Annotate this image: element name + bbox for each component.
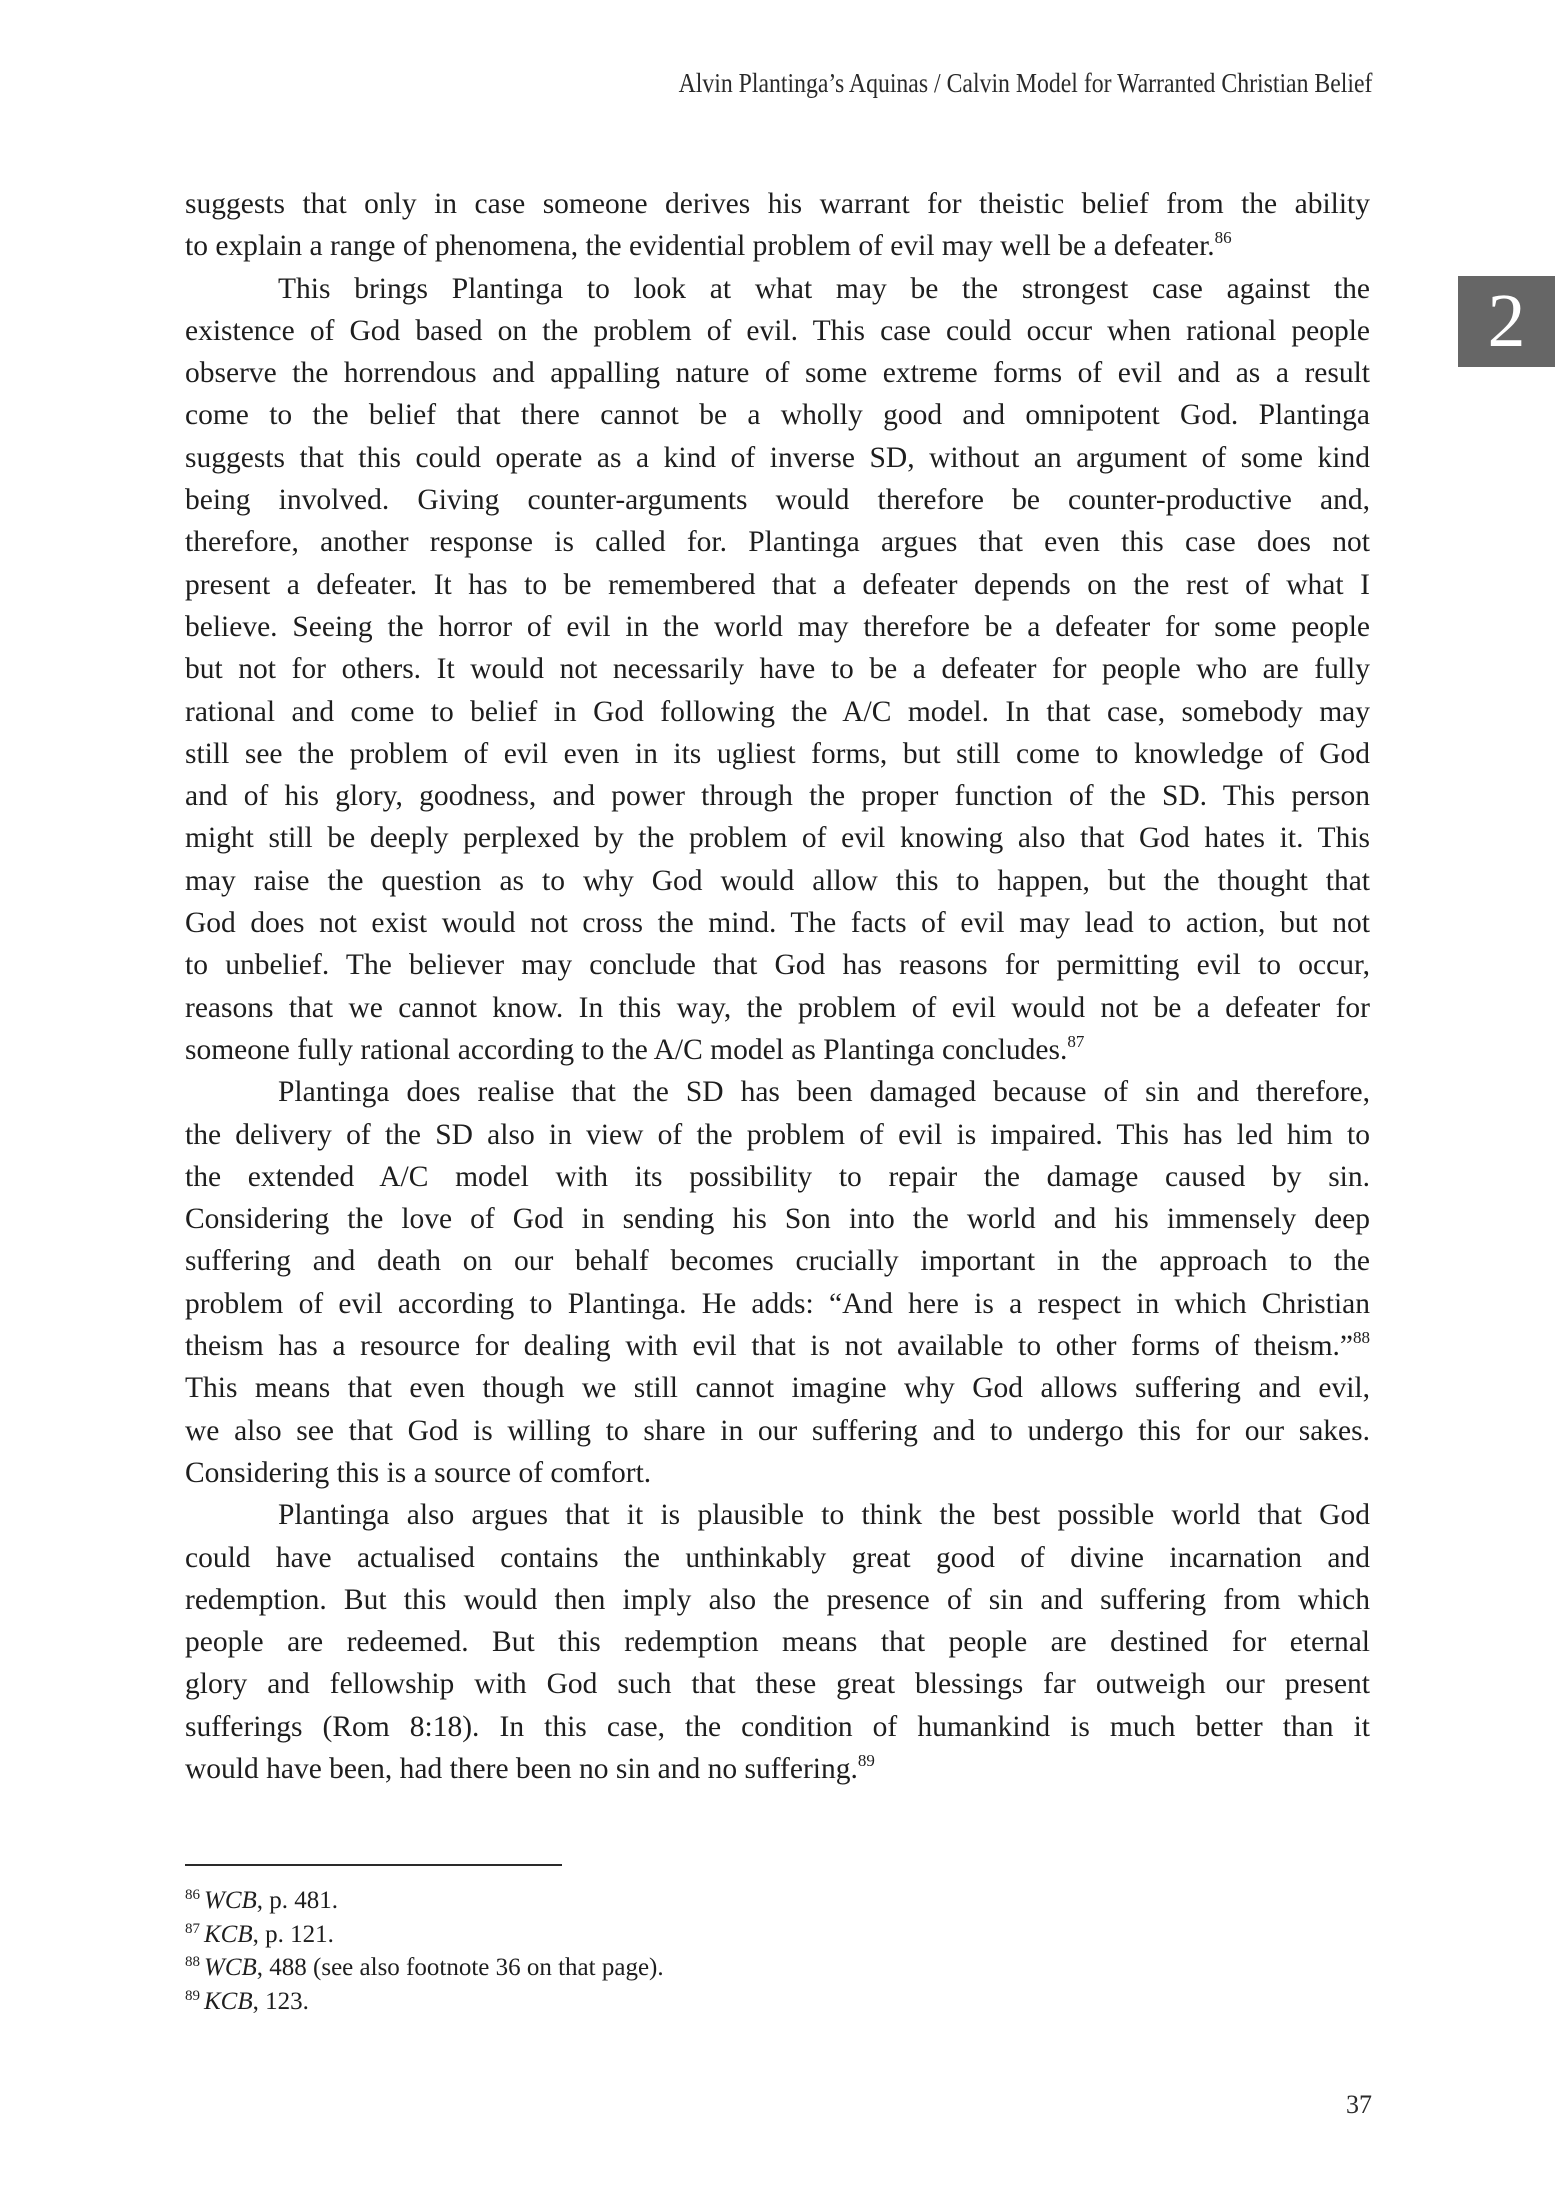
text-line: sufferings (Rom 8:18). In this case, the… — [185, 1706, 1370, 1748]
text-line: still see the problem of evil even in it… — [185, 733, 1370, 775]
chapter-number-tab: 2 — [1458, 276, 1555, 367]
text-line: and of his glory, goodness, and power th… — [185, 775, 1370, 817]
footnote-separator — [185, 1864, 562, 1866]
body-text: suggests that only in case someone deriv… — [185, 183, 1370, 1790]
text-line: to unbelief. The believer may conclude t… — [185, 944, 1370, 986]
page-number: 37 — [1346, 2090, 1372, 2120]
footnote-86: 86WCB, p. 481. — [185, 1884, 664, 1918]
footnote-ref[interactable]: 87 — [1067, 1032, 1084, 1051]
text-line: God does not exist would not cross the m… — [185, 902, 1370, 944]
text-line: This brings Plantinga to look at what ma… — [185, 268, 1370, 310]
text-line: Plantinga does realise that the SD has b… — [185, 1071, 1370, 1113]
footnote-ref[interactable]: 89 — [858, 1751, 875, 1770]
text-line: suffering and death on our behalf become… — [185, 1240, 1370, 1282]
text-line: believe. Seeing the horror of evil in th… — [185, 606, 1370, 648]
text-line: someone fully rational according to the … — [185, 1029, 1370, 1071]
text-line: Considering this is a source of comfort. — [185, 1452, 1370, 1494]
footnote-88: 88WCB, 488 (see also footnote 36 on that… — [185, 1951, 664, 1985]
text-line: people are redeemed. But this redemption… — [185, 1621, 1370, 1663]
text-line: could have actualised contains the unthi… — [185, 1537, 1370, 1579]
text-line: might still be deeply perplexed by the p… — [185, 817, 1370, 859]
footnote-87: 87KCB, p. 121. — [185, 1918, 664, 1952]
text-line: suggests that this could operate as a ki… — [185, 437, 1370, 479]
text-line: come to the belief that there cannot be … — [185, 394, 1370, 436]
text-line: suggests that only in case someone deriv… — [185, 183, 1370, 225]
text-line: therefore, another response is called fo… — [185, 521, 1370, 563]
text-line: but not for others. It would not necessa… — [185, 648, 1370, 690]
text-line: problem of evil according to Plantinga. … — [185, 1283, 1370, 1325]
text-line: would have been, had there been no sin a… — [185, 1748, 1370, 1790]
text-line: rational and come to belief in God follo… — [185, 691, 1370, 733]
text-line: to explain a range of phenomena, the evi… — [185, 225, 1370, 267]
footnote-ref[interactable]: 88 — [1353, 1328, 1370, 1347]
footnote-ref[interactable]: 86 — [1215, 228, 1232, 247]
running-header-title: Alvin Plantinga’s Aquinas / Calvin Model… — [678, 68, 1372, 99]
text-line: may raise the question as to why God wou… — [185, 860, 1370, 902]
text-line: glory and fellowship with God such that … — [185, 1663, 1370, 1705]
text-line: redemption. But this would then imply al… — [185, 1579, 1370, 1621]
text-line: existence of God based on the problem of… — [185, 310, 1370, 352]
text-line: present a defeater. It has to be remembe… — [185, 564, 1370, 606]
text-line: This means that even though we still can… — [185, 1367, 1370, 1409]
text-line: we also see that God is willing to share… — [185, 1410, 1370, 1452]
text-line: being involved. Giving counter-arguments… — [185, 479, 1370, 521]
text-line: Plantinga also argues that it is plausib… — [185, 1494, 1370, 1536]
footnote-89: 89KCB, 123. — [185, 1985, 664, 2019]
text-line: theism has a resource for dealing with e… — [185, 1325, 1370, 1367]
text-line: the extended A/C model with its possibil… — [185, 1156, 1370, 1198]
text-line: observe the horrendous and appalling nat… — [185, 352, 1370, 394]
text-line: Considering the love of God in sending h… — [185, 1198, 1370, 1240]
text-line: the delivery of the SD also in view of t… — [185, 1114, 1370, 1156]
text-line: reasons that we cannot know. In this way… — [185, 987, 1370, 1029]
footnotes: 86WCB, p. 481. 87KCB, p. 121. 88WCB, 488… — [185, 1884, 664, 2018]
